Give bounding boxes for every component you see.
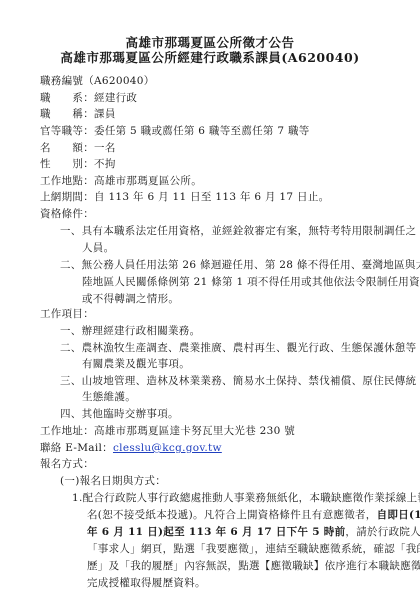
qualification-item-cont: 或不得轉調之情形。 xyxy=(82,291,179,306)
duties-heading: 工作項目： xyxy=(40,306,94,321)
qualification-item-cont: 陸地區人民關係條例第 21 條第 1 項不得任用或其他依法令限制任用資格 xyxy=(82,274,420,289)
application-step-1-cont: 完成授權取得履歷資料。 xyxy=(87,575,206,590)
field-quota: 名 額：一名 xyxy=(40,140,116,155)
page-subtitle: 高雄市那瑪夏區公所經建行政職系課員(A620040) xyxy=(0,48,420,66)
qualification-item: 一、具有本職系法定任用資格，並經銓敘審定有案，無特考特用限制調任之 xyxy=(60,223,416,238)
duty-item: 四、其他臨時交辦事項。 xyxy=(60,406,179,421)
field-category: 職 系：經建行政 xyxy=(40,90,137,105)
announcement-page: 高雄市那瑪夏區公所徵才公告 高雄市那瑪夏區公所經建行政職系課員(A620040)… xyxy=(0,0,420,593)
duty-item-cont: 生態維護。 xyxy=(82,389,136,404)
application-heading: 報名方式： xyxy=(40,456,94,471)
email-link[interactable]: clesslu@kcg.gov.tw xyxy=(113,442,222,454)
field-gender: 性 別：不拘 xyxy=(40,156,116,171)
field-grade: 官等職等：委任第 5 職或薦任第 6 職等至薦任第 7 職等 xyxy=(40,123,310,138)
contact-email-line: 聯絡 E-Mail：clesslu@kcg.gov.tw xyxy=(40,440,222,455)
duty-item: 一、辦理經建行政相關業務。 xyxy=(60,323,200,338)
field-posting-period: 上網期間：自 113 年 6 月 11 日至 113 年 6 月 17 日止。 xyxy=(40,189,329,204)
application-step-1-cont: 歷」及「我的履歷」內容無誤，點選【應徵職缺】依序進行本職缺應徵並 xyxy=(87,558,420,573)
application-step-1-cont: 「事求人」網頁，點選「我要應徵」，連結至職缺應徵系統，確認「我的簡 xyxy=(87,541,420,556)
application-step-1-cont: 名(恕不接受紙本投遞)。凡符合上開資格條件且有意應徵者，自即日(113 xyxy=(87,507,420,522)
duty-item: 三、山坡地管理、造林及林業業務、簡易水土保持、禁伐補償、原住民傳統 xyxy=(60,373,416,388)
application-step-1: 1.配合行政院人事行政總處推動人事業務無紙化，本職缺應徵作業採線上報 xyxy=(72,490,420,505)
duty-item: 二、農林漁牧生產調查、農業推廣、農村再生、觀光行政、生態保護休憩等 xyxy=(60,340,416,355)
duty-item-cont: 有關農業及觀光事項。 xyxy=(82,356,190,371)
work-address: 工作地址：高雄市那瑪夏區達卡努瓦里大光巷 230 號 xyxy=(40,423,295,438)
field-location: 工作地點：高雄市那瑪夏區公所。 xyxy=(40,173,202,188)
qualification-item-cont: 人員。 xyxy=(82,240,114,255)
application-step-1-cont: 年 6 月 11 日)起至 113 年 6 月 17 日下午 5 時前，請於行政… xyxy=(87,524,420,539)
job-code: 職務編號（A620040） xyxy=(40,73,155,88)
field-title: 職 稱：課員 xyxy=(40,106,116,121)
qualification-item: 二、無公務人員任用法第 26 條迴避任用、第 28 條不得任用、臺灣地區與大 xyxy=(60,257,420,272)
qualifications-heading: 資格條件： xyxy=(40,206,94,221)
application-subheading: (一)報名日期與方式： xyxy=(60,473,166,488)
